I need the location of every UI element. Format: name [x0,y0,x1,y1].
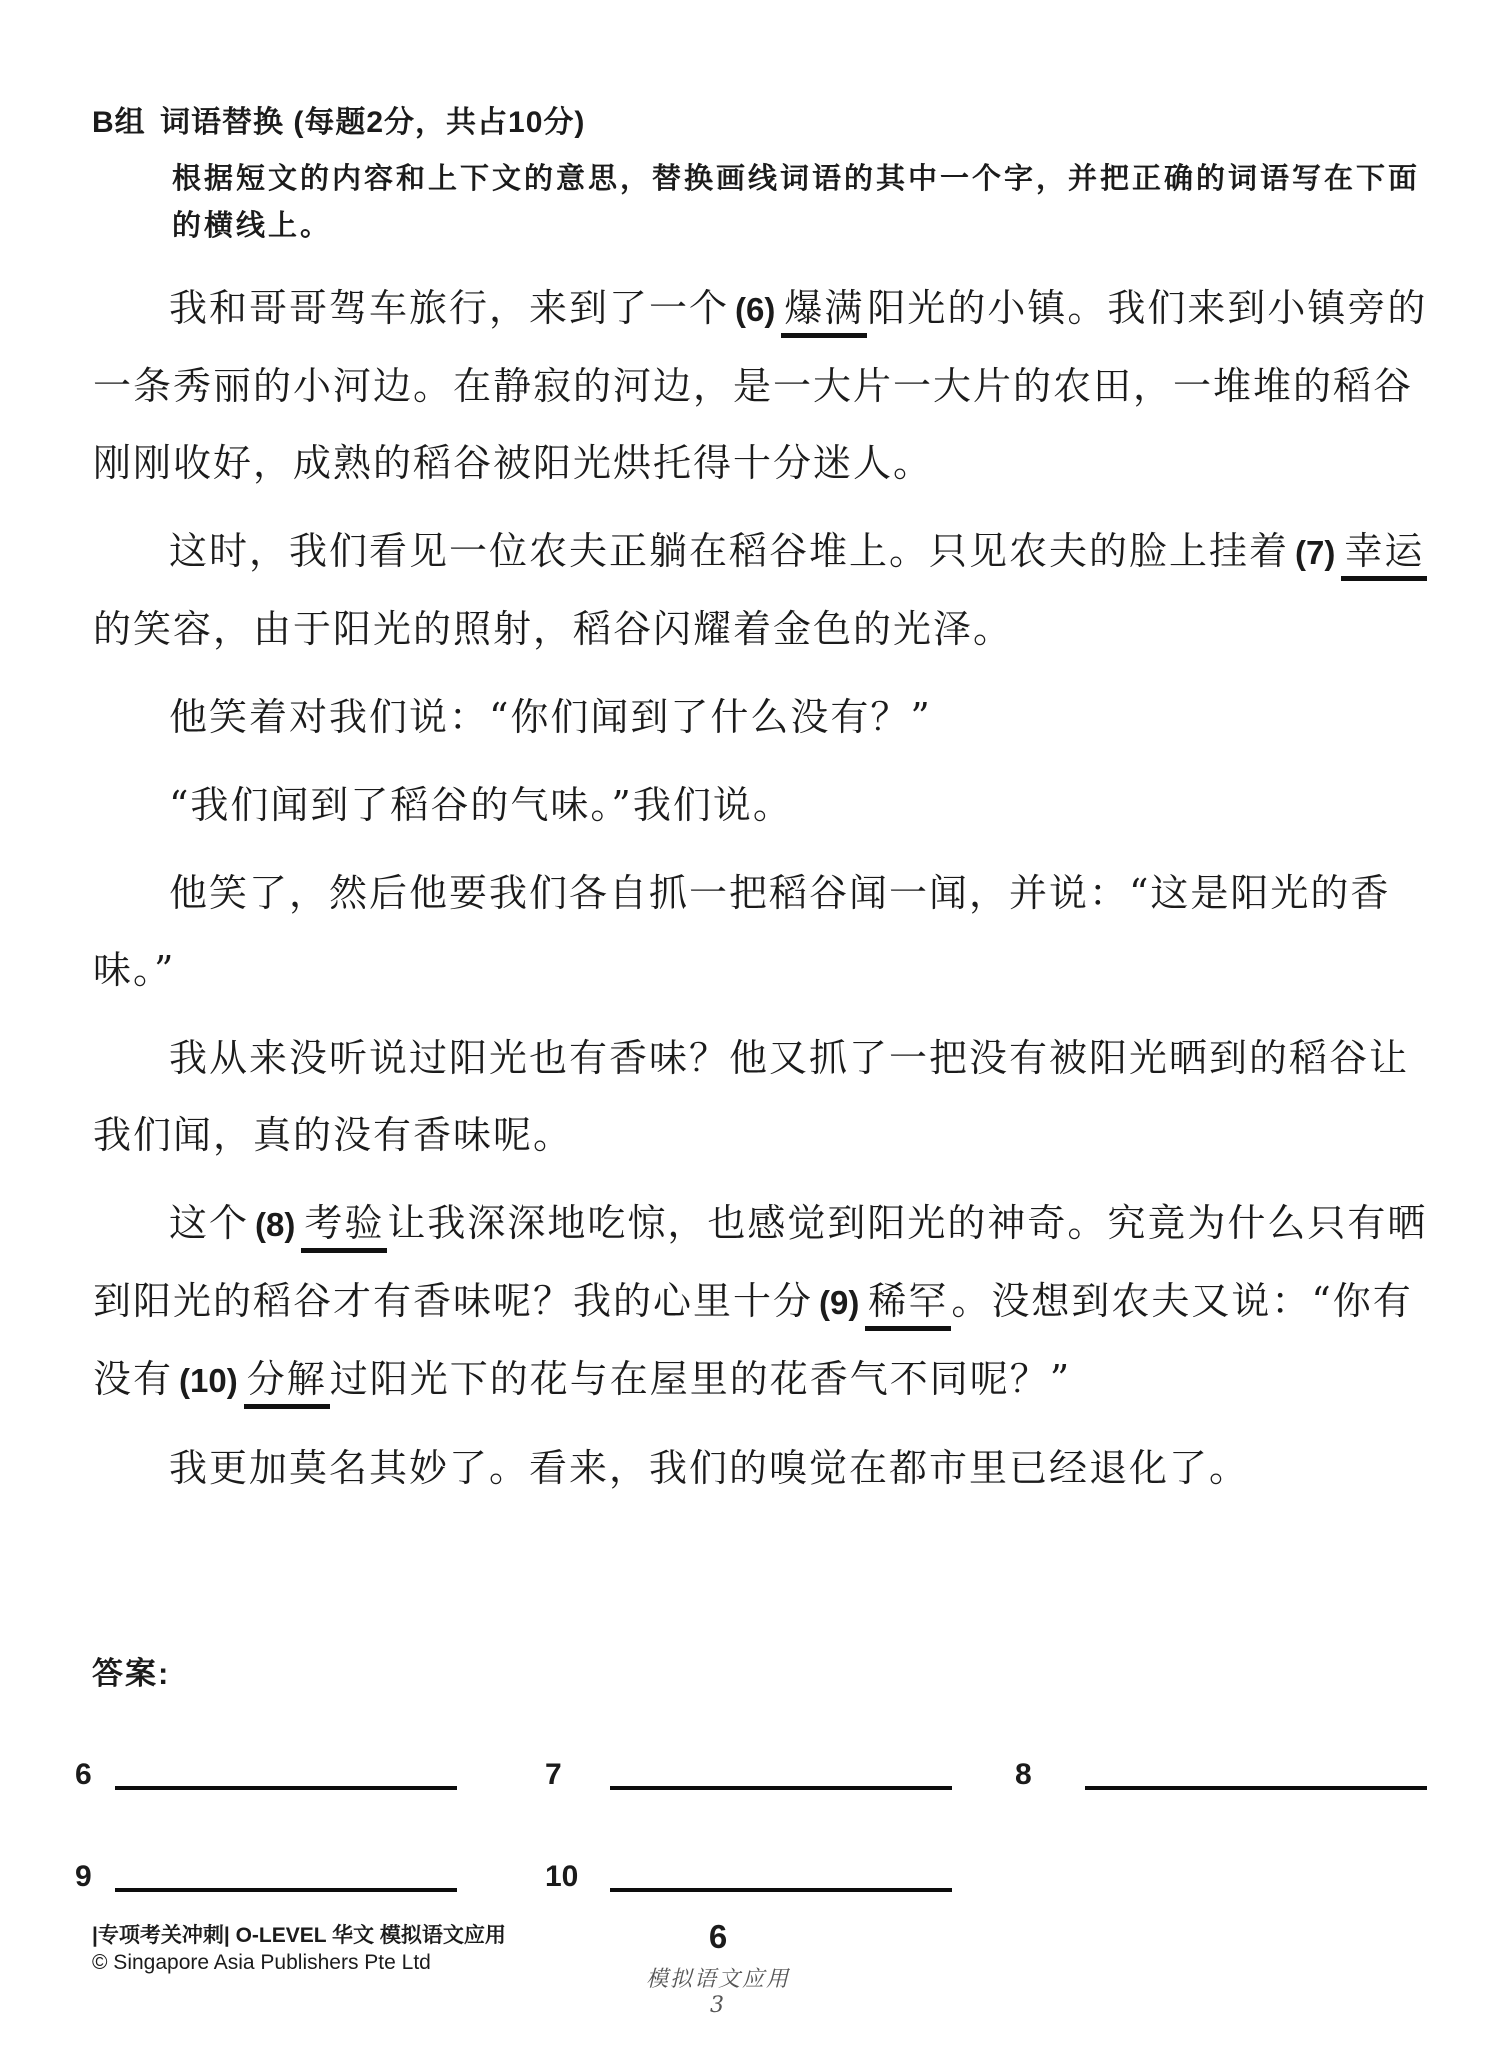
underlined-word: 考验 [301,1201,387,1253]
imprint-series-line: |专项考关冲刺| O-LEVEL 华文 模拟语文应用 [92,1922,506,1949]
passage-paragraph: 他笑了，然后他要我们各自抓一把稻谷闻一闻，并说：“这是阳光的香味。” [93,855,1435,1009]
answer-number-9: 9 [75,1860,115,1894]
question-number: (6) [735,291,775,328]
underlined-word: 爆满 [781,286,867,338]
passage-paragraph: “我们闻到了稻谷的气味。”我们说。 [93,767,1435,844]
passage-text: 这个 [169,1201,249,1245]
answers-label: 答案: [92,1648,170,1693]
passage-text: 我和哥哥驾车旅行，来到了一个 [169,286,729,330]
passage-text: 我更加莫名其妙了。看来，我们的嗅觉在都市里已经退化了。 [169,1446,1249,1490]
passage-text: 的笑容，由于阳光的照射，稻谷闪耀着金色的光泽。 [93,607,1013,651]
underlined-word: 幸运 [1341,529,1427,581]
answer-number-8: 8 [1015,1758,1085,1792]
answer-number-7: 7 [545,1758,610,1792]
passage-text: “我们闻到了稻谷的气味。”我们说。 [169,783,793,827]
answer-cell-7: 7 [545,1754,1015,1792]
answer-blank-10[interactable] [610,1888,952,1892]
answer-blank-8[interactable] [1085,1786,1427,1790]
passage-text: 他笑着对我们说：“你们闻到了什么没有？” [169,695,932,739]
question-number: (7) [1295,534,1335,571]
passage-paragraph: 他笑着对我们说：“你们闻到了什么没有？” [93,679,1435,756]
worksheet-page: B组 词语替换 (每题2分，共占10分) 根据短文的内容和上下文的意思，替换画线… [0,0,1500,2053]
passage-text: 他笑了，然后他要我们各自抓一把稻谷闻一闻，并说：“这是阳光的香味。” [93,871,1390,992]
passage-paragraph: 我更加莫名其妙了。看来，我们的嗅觉在都市里已经退化了。 [93,1430,1435,1507]
imprint-copyright-line: © Singapore Asia Publishers Pte Ltd [92,1949,506,1976]
answer-row-2: 9 10 [75,1856,1015,1894]
passage: 我和哥哥驾车旅行，来到了一个(6)爆满阳光的小镇。我们来到小镇旁的一条秀丽的小河… [93,270,1435,1507]
answer-blank-7[interactable] [610,1786,952,1790]
section-header: B组 词语替换 (每题2分，共占10分) [92,102,1430,144]
answer-number-6: 6 [75,1758,115,1792]
passage-text: 过阳光下的花与在屋里的花香气不同呢？” [330,1357,1071,1401]
series-label: 模拟语文应用 3 [638,1962,798,2018]
answer-blank-9[interactable] [115,1888,457,1892]
passage-paragraph: 这时，我们看见一位农夫正躺在稻谷堆上。只见农夫的脸上挂着(7)幸运的笑容，由于阳… [93,513,1435,668]
answer-number-10: 10 [545,1860,610,1894]
answer-cell-8: 8 [1015,1754,1485,1792]
passage-text: 这时，我们看见一位农夫正躺在稻谷堆上。只见农夫的脸上挂着 [169,529,1289,573]
underlined-word: 稀罕 [865,1279,951,1331]
answer-cell-9: 9 [75,1856,545,1894]
question-number: (10) [179,1362,238,1399]
passage-paragraph: 这个(8)考验让我深深地吃惊，也感觉到阳光的神奇。究竟为什么只有晒到阳光的稻谷才… [93,1185,1435,1419]
passage-paragraph: 我从来没听说过阳光也有香味？他又抓了一把没有被阳光晒到的稻谷让我们闻，真的没有香… [93,1020,1435,1174]
passage-paragraph: 我和哥哥驾车旅行，来到了一个(6)爆满阳光的小镇。我们来到小镇旁的一条秀丽的小河… [93,270,1435,502]
group-label: B组 [92,102,160,144]
question-number: (8) [255,1206,295,1243]
answer-cell-6: 6 [75,1754,545,1792]
answer-row-1: 6 7 8 [75,1754,1485,1792]
question-number: (9) [819,1284,859,1321]
page-number: 6 [638,1918,798,1956]
underlined-word: 分解 [244,1357,330,1409]
instruction-text: 根据短文的内容和上下文的意思，替换画线词语的其中一个字，并把正确的词语写在下面的… [172,156,1434,250]
publisher-imprint: |专项考关冲刺| O-LEVEL 华文 模拟语文应用 © Singapore A… [92,1922,506,1976]
answer-blank-6[interactable] [115,1786,457,1790]
footer-center: 6 模拟语文应用 3 [638,1918,798,2018]
passage-text: 我从来没听说过阳光也有香味？他又抓了一把没有被阳光晒到的稻谷让我们闻，真的没有香… [93,1036,1409,1157]
answer-cell-10: 10 [545,1856,1015,1894]
section-title: 词语替换 (每题2分，共占10分) [160,102,585,144]
